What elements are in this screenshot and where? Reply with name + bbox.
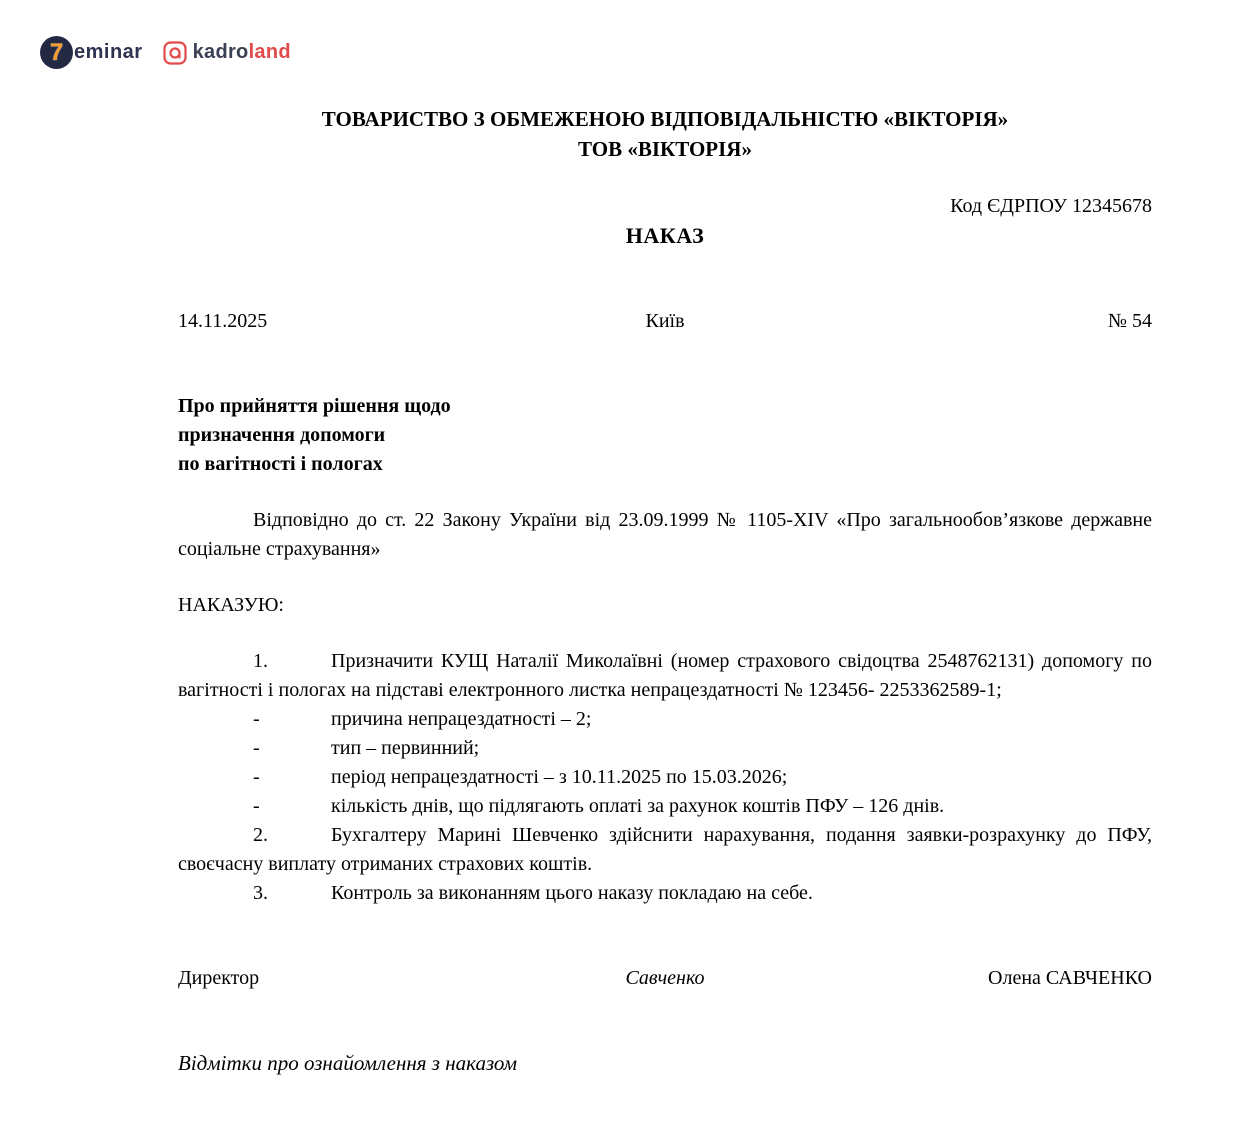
seminar-logo: 7 eminar [40,36,143,69]
seminar-logo-icon: 7 [40,36,73,69]
item-marker: 3. [253,879,331,908]
meta-row: 14.11.2025 Київ № 54 [178,307,1152,336]
item-marker: 1. [253,647,331,676]
order-item-3: 3.Контроль за виконанням цього наказу по… [178,879,1152,908]
item-text: причина непрацездатності – 2; [331,708,591,730]
item-marker: - [253,705,331,734]
seminar-logo-wordmark: eminar [74,41,143,64]
item-marker: - [253,792,331,821]
signature-row: Директор Савченко Олена САВЧЕНКО [178,964,1152,993]
acknowledgement-note: Відмітки про ознайомлення з наказом [178,1049,1152,1078]
signature-handwritten: Савченко [503,964,828,993]
order-items: 1.Призначити КУЩ Наталії Миколаївні (ном… [178,647,1152,908]
document-city: Київ [503,307,828,336]
subject-line: призначення допомоги [178,421,1152,450]
signer-name: Олена САВЧЕНКО [827,964,1152,993]
order-item-2: 2.Бухгалтеру Марині Шевченко здійснити н… [178,821,1152,879]
item-text: Контроль за виконанням цього наказу покл… [331,882,813,904]
signer-position: Директор [178,964,503,993]
item-marker: 2. [253,821,331,850]
item-text: період непрацездатності – з 10.11.2025 п… [331,766,787,788]
preamble-paragraph: Відповідно до ст. 22 Закону України від … [178,506,1152,564]
order-keyword: НАКАЗУЮ: [178,591,1152,620]
order-subitem-days: -кількість днів, що підлягають оплаті за… [178,792,1152,821]
document-date: 14.11.2025 [178,307,503,336]
document-number: № 54 [827,307,1152,336]
item-text: кількість днів, що підлягають оплаті за … [331,795,944,817]
document-body: ТОВАРИСТВО З ОБМЕЖЕНОЮ ВІДПОВІДАЛЬНІСТЮ … [178,0,1152,1078]
company-name-short: ТОВ «ВІКТОРІЯ» [178,134,1152,164]
document-page: 7 eminar kadroland ТОВАРИСТВО З ОБМЕЖЕНО… [0,0,1240,1143]
subject-block: Про прийняття рішення щодо призначення д… [178,392,1152,479]
document-type-title: НАКАЗ [178,221,1152,250]
order-item-1: 1.Призначити КУЩ Наталії Миколаївні (ном… [178,647,1152,705]
subject-line: по вагітності і пологах [178,450,1152,479]
order-subitem-type: -тип – первинний; [178,734,1152,763]
order-subitem-period: -період непрацездатності – з 10.11.2025 … [178,763,1152,792]
subject-line: Про прийняття рішення щодо [178,392,1152,421]
order-subitem-reason: -причина непрацездатності – 2; [178,705,1152,734]
item-text: тип – первинний; [331,737,479,759]
item-marker: - [253,734,331,763]
company-header: ТОВАРИСТВО З ОБМЕЖЕНОЮ ВІДПОВІДАЛЬНІСТЮ … [178,104,1152,164]
edrpou-code: Код ЄДРПОУ 12345678 [178,192,1152,221]
item-marker: - [253,763,331,792]
company-name-full: ТОВАРИСТВО З ОБМЕЖЕНОЮ ВІДПОВІДАЛЬНІСТЮ … [178,104,1152,134]
